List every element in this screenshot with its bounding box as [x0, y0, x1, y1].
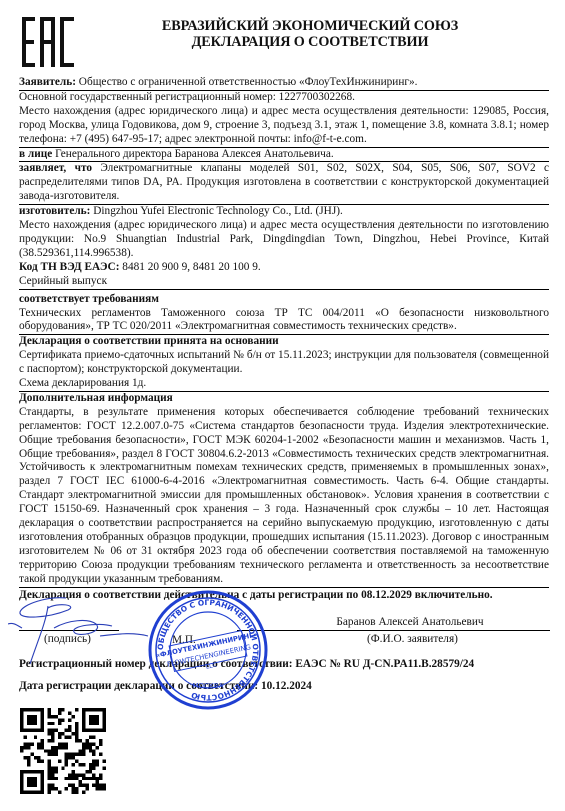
company-seal-icon: ОБЩЕСТВО С ОГРАНИЧЕННОЙ ОТВЕТСТВЕННОСТЬЮ… — [147, 588, 269, 713]
representative-row: в лице Генерального директора Баранова А… — [19, 148, 549, 163]
applicant-ogrn: Основной государственный регистрационный… — [19, 91, 549, 105]
applicant-address: Место нахождения (адрес юридического лиц… — [19, 105, 549, 148]
manufacturer-address: Место нахождения (адрес юридического лиц… — [19, 219, 549, 261]
manufacturer-row: изготовитель: Dingzhou Yufei Electronic … — [19, 205, 549, 219]
production-type: Серийный выпуск — [19, 275, 549, 290]
qr-code-icon[interactable] — [20, 705, 106, 797]
title-declaration: ДЕКЛАРАЦИЯ О СООТВЕТСТВИИ — [130, 34, 490, 50]
signer-name: Баранов Алексей Анатольевич — [336, 616, 483, 628]
svg-text:МОСКВА: МОСКВА — [193, 682, 224, 690]
signer-caption: (Ф.И.О. заявителя) — [367, 633, 458, 645]
requirements-text: Технических регламентов Таможенного союз… — [19, 307, 549, 336]
title-union: ЕВРАЗИЙСКИЙ ЭКОНОМИЧЕСКИЙ СОЮЗ — [130, 18, 490, 34]
svg-text:LLC: LLC — [205, 662, 217, 671]
basis-label: Декларация о соответствии принята на осн… — [19, 335, 549, 349]
eac-logo-icon — [22, 17, 74, 67]
additional-text: Стандарты, в результате применения котор… — [19, 406, 549, 588]
declaration-scheme: Схема декларирования 1д. — [19, 377, 549, 392]
signer-name-line — [237, 630, 550, 631]
hs-code-row: Код ТН ВЭД ЕАЭС: 8481 20 900 9, 8481 20 … — [19, 261, 549, 275]
declaration-body: Заявитель: Общество с ограниченной ответ… — [19, 76, 549, 588]
declaration-page: ЕВРАЗИЙСКИЙ ЭКОНОМИЧЕСКИЙ СОЮЗ ДЕКЛАРАЦИ… — [0, 0, 565, 811]
additional-label: Дополнительная информация — [19, 392, 549, 406]
document-title: ЕВРАЗИЙСКИЙ ЭКОНОМИЧЕСКИЙ СОЮЗ ДЕКЛАРАЦИ… — [130, 18, 490, 50]
requirements-label: соответствует требованиям — [19, 293, 549, 307]
handwritten-signature-icon — [8, 592, 158, 667]
applicant-row: Заявитель: Общество с ограниченной ответ… — [19, 76, 549, 91]
declares-row: заявляет, что Электромагнитные клапаны м… — [19, 162, 549, 205]
basis-text: Сертификата приемо-сдаточных испытаний №… — [19, 349, 549, 377]
